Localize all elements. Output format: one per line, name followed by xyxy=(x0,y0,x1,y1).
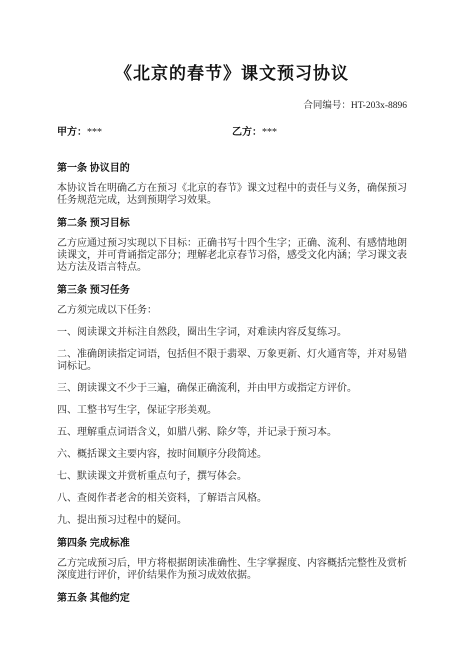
tasks-intro: 乙方须完成以下任务： xyxy=(57,305,407,317)
section-heading: 第一条 协议目的 xyxy=(57,163,407,175)
paragraph: 本协议旨在明确乙方在预习《北京的春节》课文过程中的责任与义务，确保预习任务规范完… xyxy=(57,183,407,207)
section-tasks: 第三条 预习任务 乙方须完成以下任务： 一、阅读课文并标注自然段，圈出生字词，对… xyxy=(57,285,407,527)
party-b-value: *** xyxy=(262,127,277,138)
section-other: 第五条 其他约定 xyxy=(57,593,407,605)
document-page: 《北京的春节》课文预习协议 合同编号：HT-203x-8896 甲方：*** 乙… xyxy=(0,0,463,655)
party-a: 甲方：*** xyxy=(57,127,232,139)
task-item: 三、朗读课文不少于三遍，确保正确流利，并由甲方或指定方评价。 xyxy=(57,383,407,395)
section-heading: 第四条 完成标准 xyxy=(57,538,407,550)
section-heading: 第二条 预习目标 xyxy=(57,218,407,230)
section-standards: 第四条 完成标准 乙方完成预习后，甲方将根据朗读准确性、生字掌握度、内容概括完整… xyxy=(57,538,407,582)
task-item: 八、查阅作者老舍的相关资料，了解语言风格。 xyxy=(57,493,407,505)
task-item: 九、提出预习过程中的疑问。 xyxy=(57,515,407,527)
section-heading: 第三条 预习任务 xyxy=(57,285,407,297)
parties-row: 甲方：*** 乙方：*** xyxy=(57,127,407,139)
document-title: 《北京的春节》课文预习协议 xyxy=(57,64,407,84)
task-item: 四、工整书写生字，保证字形美观。 xyxy=(57,405,407,417)
task-item: 六、概括课文主要内容，按时间顺序分段简述。 xyxy=(57,449,407,461)
party-a-label: 甲方： xyxy=(57,127,87,138)
section-purpose: 第一条 协议目的 本协议旨在明确乙方在预习《北京的春节》课文过程中的责任与义务，… xyxy=(57,163,407,207)
contract-number-label: 合同编号： xyxy=(303,101,351,111)
task-item: 二、准确朗读指定词语，包括但不限于翡翠、万象更新、灯火通宵等，并对易错词标记。 xyxy=(57,349,407,373)
party-b: 乙方：*** xyxy=(232,127,407,139)
party-a-value: *** xyxy=(87,127,102,138)
section-goals: 第二条 预习目标 乙方应通过预习实现以下目标：正确书写十四个生字；正确、流利、有… xyxy=(57,218,407,274)
section-heading: 第五条 其他约定 xyxy=(57,593,407,605)
paragraph: 乙方应通过预习实现以下目标：正确书写十四个生字；正确、流利、有感情地朗读课文，并… xyxy=(57,238,407,274)
paragraph: 乙方完成预习后，甲方将根据朗读准确性、生字掌握度、内容概括完整性及赏析深度进行评… xyxy=(57,558,407,582)
task-item: 五、理解重点词语含义，如腊八粥、除夕等，并记录于预习本。 xyxy=(57,427,407,439)
task-item: 一、阅读课文并标注自然段，圈出生字词，对难读内容反复练习。 xyxy=(57,327,407,339)
contract-number-value: HT-203x-8896 xyxy=(351,101,407,111)
party-b-label: 乙方： xyxy=(232,127,262,138)
contract-number-line: 合同编号：HT-203x-8896 xyxy=(57,100,407,112)
task-item: 七、默读课文并赏析重点句子，撰写体会。 xyxy=(57,471,407,483)
